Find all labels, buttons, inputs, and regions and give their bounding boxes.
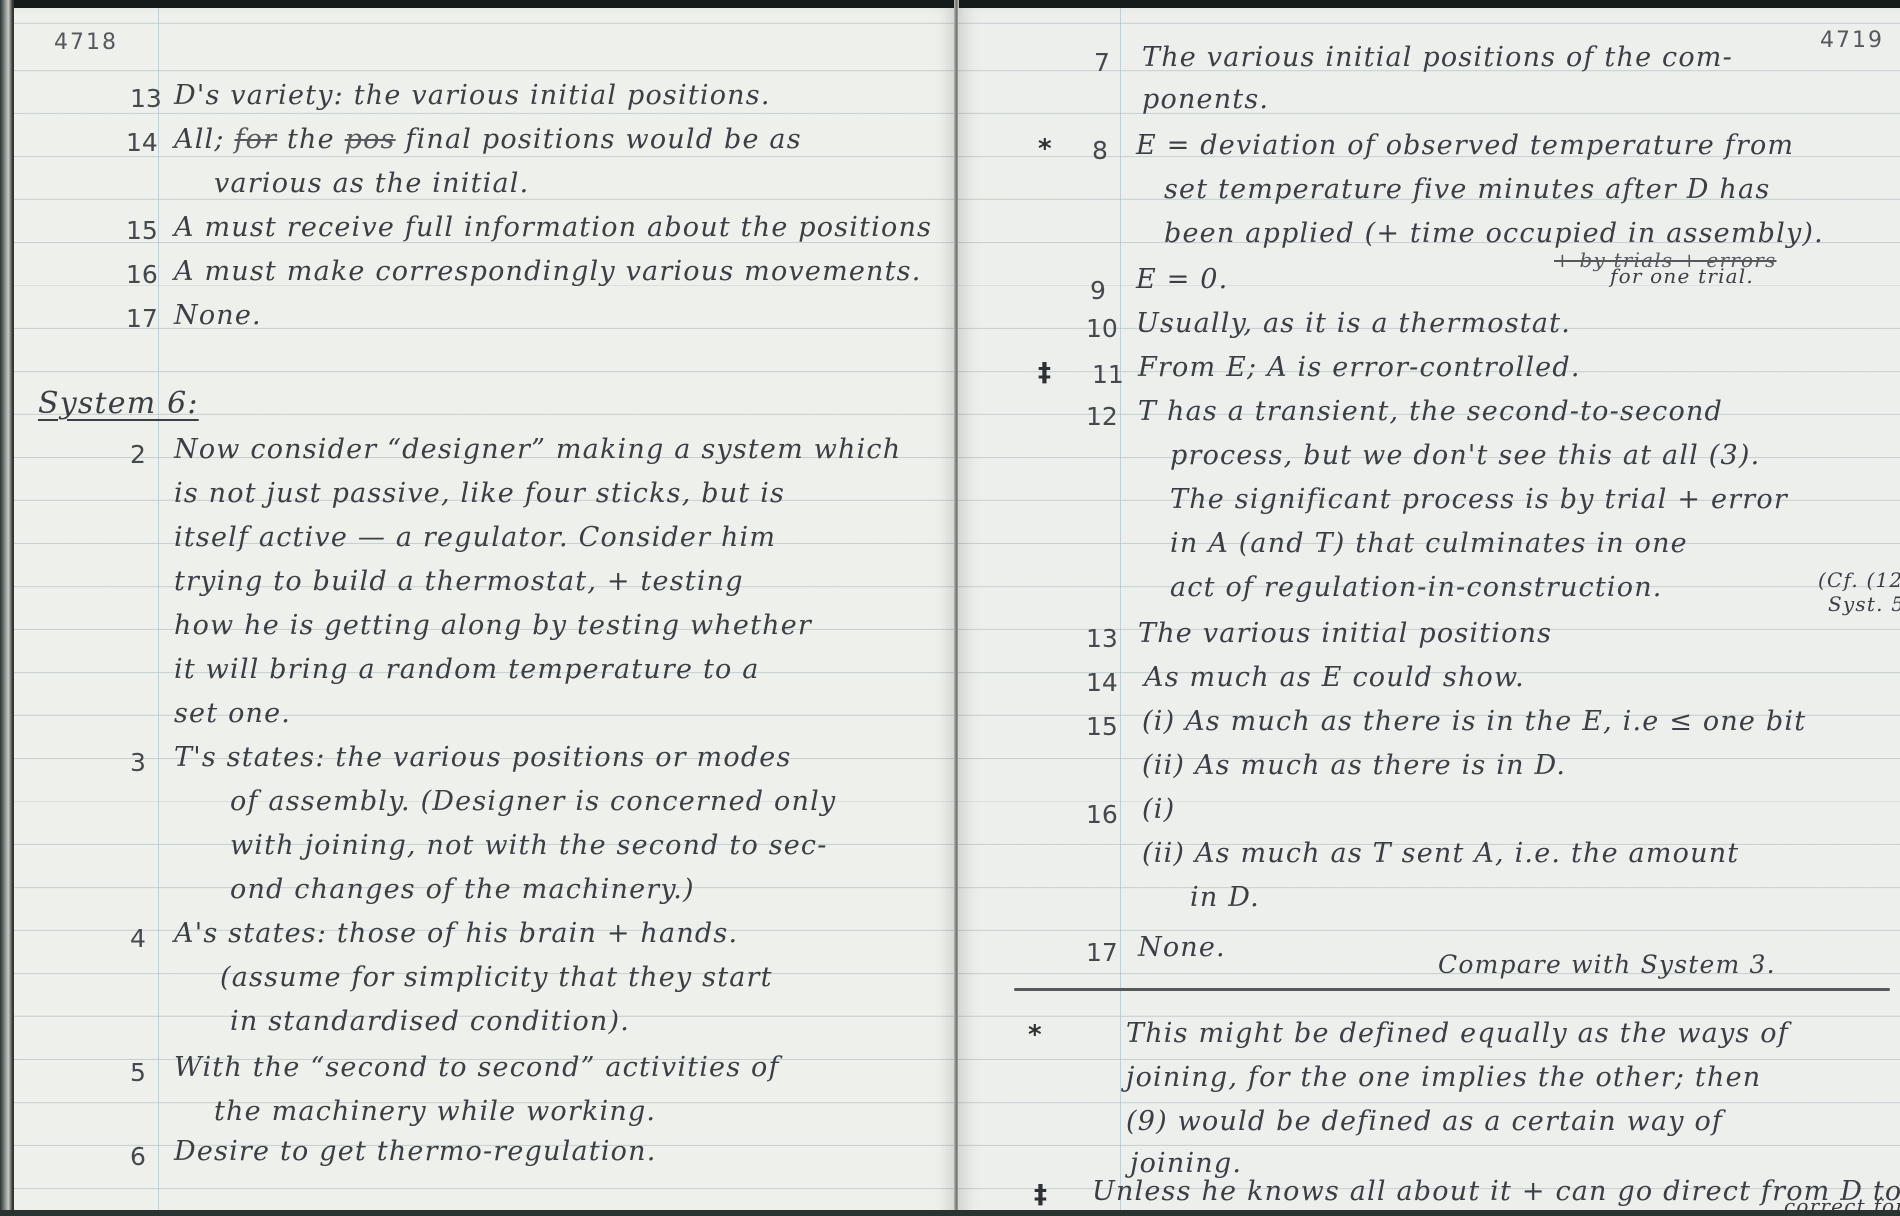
footnote-text: Unless he knows all about it + can go di… xyxy=(1092,1176,1900,1207)
item-text: The various initial positions xyxy=(1138,618,1552,649)
item-number: 13 xyxy=(1086,624,1118,653)
item-text: been applied (+ time occupied in assembl… xyxy=(1164,218,1824,249)
item-text: ond changes of the machinery.) xyxy=(230,874,695,905)
item-text: A's states: those of his brain + hands. xyxy=(174,918,738,949)
notebook-spread: 4718 13 D's variety: the various initial… xyxy=(0,0,1900,1216)
right-page: 4719 7 The various initial positions of … xyxy=(958,8,1900,1216)
page-number: 4718 xyxy=(54,30,118,55)
item-text: itself active — a regulator. Consider hi… xyxy=(174,522,776,553)
item-text: trying to build a thermostat, + testing xyxy=(174,566,744,597)
footnote-text: joining, for the one implies the other; … xyxy=(1126,1062,1761,1093)
item-number: 5 xyxy=(130,1058,146,1087)
footnote-divider xyxy=(1014,988,1890,991)
item-text: (ii) As much as T sent A, i.e. the amoun… xyxy=(1142,838,1739,869)
item-number: 16 xyxy=(126,260,158,289)
item-text: All; for the pos final positions would b… xyxy=(174,124,802,155)
item-text: The various initial positions of the com… xyxy=(1142,42,1733,73)
item-text: D's variety: the various initial positio… xyxy=(174,80,771,111)
bottom-shadow xyxy=(0,1210,1900,1216)
item-number: 14 xyxy=(1086,668,1118,697)
item-text: As much as E could show. xyxy=(1144,662,1525,693)
item-text: Usually, as it is a thermostat. xyxy=(1136,308,1571,339)
cross-reference-note: Syst. 5) xyxy=(1828,592,1900,616)
item-text: T has a transient, the second-to-second xyxy=(1138,396,1723,427)
item-text: (i) As much as there is in the E, i.e ≤ … xyxy=(1142,706,1806,737)
struck-word: for xyxy=(234,124,277,155)
item-text: (ii) As much as there is in D. xyxy=(1142,750,1566,781)
item-text: (assume for simplicity that they start xyxy=(220,962,773,993)
item-text: ponents. xyxy=(1142,84,1269,115)
item-number: 15 xyxy=(126,216,158,245)
item-number: 17 xyxy=(1086,938,1118,967)
asterisk-footnote-mark: * xyxy=(1038,134,1052,164)
left-margin-line xyxy=(158,8,159,1216)
item-text: in A (and T) that culminates in one xyxy=(1170,528,1688,559)
item-text: set temperature five minutes after D has xyxy=(1164,174,1770,205)
item-text: it will bring a random temperature to a xyxy=(174,654,760,685)
item-text: in D. xyxy=(1190,882,1260,913)
item-number: 17 xyxy=(126,304,158,333)
item-text: T's states: the various positions or mod… xyxy=(174,742,792,773)
item-text: (i) xyxy=(1142,794,1175,825)
asterisk-footnote-mark: * xyxy=(1028,1020,1042,1050)
item-number: 7 xyxy=(1094,48,1110,77)
item-text: None. xyxy=(174,300,262,331)
item-text: set one. xyxy=(174,698,291,729)
item-number: 10 xyxy=(1086,314,1118,343)
item-number: 16 xyxy=(1086,800,1118,829)
item-text: A must make correspondingly various move… xyxy=(174,256,922,287)
footnote-text: joining. xyxy=(1130,1148,1242,1179)
cross-reference-note: (Cf. (12) in xyxy=(1818,568,1900,592)
notebook-cover-edge xyxy=(0,0,14,1216)
item-text: E = 0. xyxy=(1136,264,1228,295)
item-number: 15 xyxy=(1086,712,1118,741)
item-number: 4 xyxy=(130,924,146,953)
right-margin-line xyxy=(1120,8,1121,1216)
item-number: 6 xyxy=(130,1142,146,1171)
item-number: 12 xyxy=(1086,402,1118,431)
item-text: process, but we don't see this at all (3… xyxy=(1170,440,1760,471)
struck-word: pos xyxy=(345,124,396,155)
item-number: 9 xyxy=(1090,276,1106,305)
item-text: Now consider “designer” making a system … xyxy=(174,434,901,465)
item-number: 8 xyxy=(1092,136,1108,165)
item-text: E = deviation of observed temperature fr… xyxy=(1136,130,1794,161)
compare-note: Compare with System 3. xyxy=(1438,950,1776,979)
item-text: how he is getting along by testing wheth… xyxy=(174,610,812,641)
item-number: 3 xyxy=(130,748,146,777)
item-number: 11 xyxy=(1092,360,1124,389)
item-text: From E; A is error-controlled. xyxy=(1138,352,1581,383)
item-text: in standardised condition). xyxy=(230,1006,630,1037)
footnote-text: This might be defined equally as the way… xyxy=(1126,1018,1789,1049)
item-text: the machinery while working. xyxy=(214,1096,656,1127)
item-text: With the “second to second” activities o… xyxy=(174,1052,780,1083)
double-dagger-footnote-mark: ‡ xyxy=(1038,358,1051,388)
item-number: 2 xyxy=(130,440,146,469)
item-text: None. xyxy=(1138,932,1226,963)
item-number: 14 xyxy=(126,128,158,157)
item-text: is not just passive, like four sticks, b… xyxy=(174,478,785,509)
item-text: with joining, not with the second to sec… xyxy=(230,830,828,861)
item-text: of assembly. (Designer is concerned only xyxy=(230,786,836,817)
item-text: The significant process is by trial + er… xyxy=(1170,484,1788,515)
left-page: 4718 13 D's variety: the various initial… xyxy=(14,8,956,1216)
top-shadow xyxy=(0,0,1900,8)
item-text: act of regulation-in-construction. xyxy=(1170,572,1663,603)
item-number: 13 xyxy=(130,84,162,113)
item-text: Desire to get thermo-regulation. xyxy=(174,1136,656,1167)
section-heading: System 6: xyxy=(38,386,199,421)
item-text: various as the initial. xyxy=(214,168,529,199)
insertion-note: for one trial. xyxy=(1610,264,1754,288)
footnote-text: (9) would be defined as a certain way of xyxy=(1126,1106,1723,1137)
page-number: 4719 xyxy=(1820,28,1884,53)
item-text: A must receive full information about th… xyxy=(174,212,932,243)
double-dagger-footnote-mark: ‡ xyxy=(1034,1180,1047,1210)
